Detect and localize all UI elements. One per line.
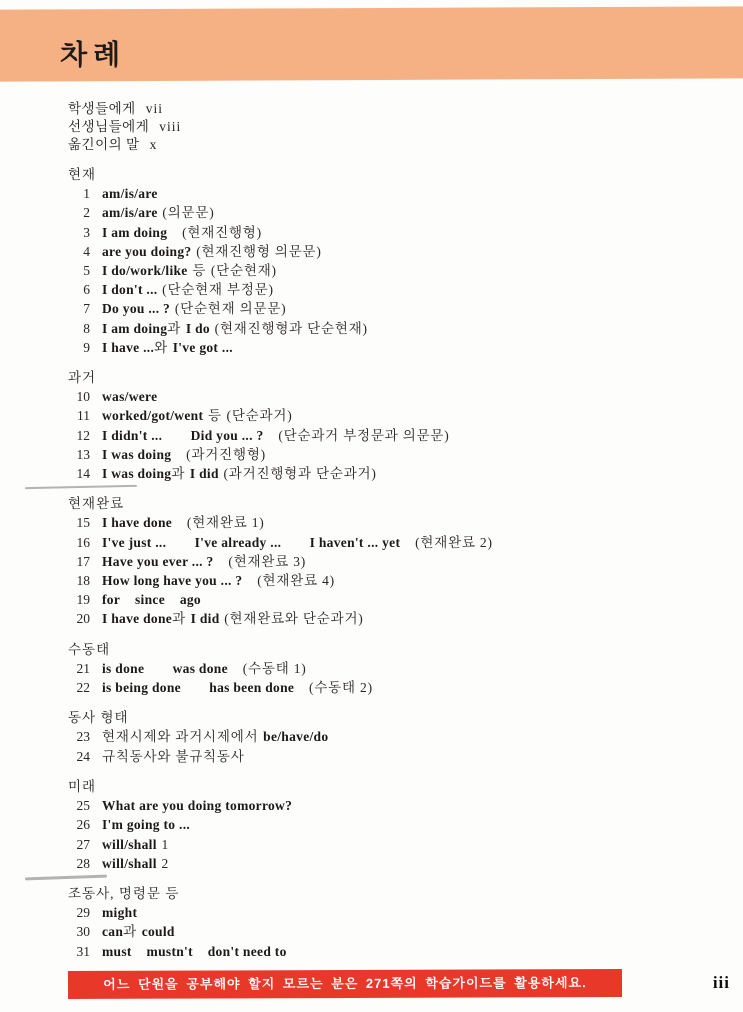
unit-title-english: I was doing	[102, 466, 171, 481]
toc-item: 19 forsinceago	[68, 590, 703, 609]
unit-title-english: can	[102, 924, 123, 939]
unit-title: I don't ...(단순현재 부정문)	[102, 280, 274, 299]
unit-title: Do you ... ?(단순현재 의문문)	[102, 299, 286, 318]
toc-item: 27 will/shall1	[68, 835, 703, 854]
toc-item: 11 worked/got/went등(단순과거)	[68, 406, 703, 425]
toc-section: 조동사, 명령문 등 29 might 30 can과could 31 must…	[68, 884, 703, 961]
unit-title: I was doing(과거진행형)	[102, 445, 266, 464]
unit-title-english: don't need to	[208, 944, 287, 959]
unit-title-english: I was doing	[102, 447, 171, 462]
section-item-list: 23 현재시제와 과거시제에서be/have/do 24 규칙동사와 불규칙동사	[68, 727, 703, 765]
unit-number: 22	[68, 678, 90, 697]
unit-title-korean: 과	[172, 611, 186, 626]
unit-title: I didn't ...Did you ... ?(단순과거 부정문과 의문문)	[102, 426, 450, 445]
unit-title-english: I am doing	[102, 321, 167, 336]
front-matter-page-ref: x	[150, 137, 158, 152]
unit-title: Have you ever ... ?(현재완료 3)	[102, 552, 306, 571]
unit-number: 14	[68, 464, 90, 483]
toc-item: 13 I was doing(과거진행형)	[68, 445, 703, 464]
unit-title-english: I don't ...	[102, 282, 157, 297]
toc-item: 6 I don't ...(단순현재 부정문)	[68, 280, 703, 299]
section-item-list: 1 am/is/are 2 am/is/are(의문문) 3 I am doin…	[68, 184, 703, 357]
toc-section: 과거 10 was/were 11 worked/got/went등(단순과거)…	[68, 368, 703, 483]
toc-item: 24 규칙동사와 불규칙동사	[68, 747, 703, 766]
unit-title-english: Have you ever ... ?	[102, 554, 214, 569]
toc-item: 12 I didn't ...Did you ... ?(단순과거 부정문과 의…	[68, 426, 703, 445]
unit-number: 29	[68, 903, 90, 922]
front-matter-label: 선생님들에게	[68, 119, 149, 134]
unit-number: 3	[68, 223, 90, 242]
unit-title: How long have you ... ?(현재완료 4)	[102, 571, 335, 590]
section-item-list: 25 What are you doing tomorrow? 26 I'm g…	[68, 796, 703, 873]
unit-title: I am doing(현재진행형)	[102, 223, 262, 242]
unit-title-english: could	[142, 924, 175, 939]
unit-title: might	[102, 903, 137, 922]
unit-number: 23	[68, 727, 90, 746]
section-heading: 현재완료	[68, 494, 703, 513]
unit-title-english: I have done	[102, 611, 172, 626]
front-matter-item: 선생님들에게viii	[68, 118, 703, 136]
unit-title-english: must	[102, 944, 132, 959]
unit-number: 28	[68, 854, 90, 873]
section-item-list: 21 is donewas done(수동태 1) 22 is being do…	[68, 659, 703, 697]
unit-title-korean: (과거진행형)	[186, 447, 266, 462]
unit-title-korean: (단순과거)	[227, 408, 293, 423]
unit-title: mustmustn'tdon't need to	[102, 942, 287, 961]
page-title: 차례	[60, 33, 126, 73]
unit-title-korean: (현재완료 2)	[415, 535, 493, 550]
unit-title-english: How long have you ... ?	[102, 573, 242, 588]
unit-number: 4	[68, 242, 90, 261]
section-heading: 동사 형태	[68, 708, 703, 727]
unit-title-english: worked/got/went	[102, 408, 203, 423]
section-item-list: 10 was/were 11 worked/got/went등(단순과거) 12…	[68, 387, 703, 483]
toc-item: 17 Have you ever ... ?(현재완료 3)	[68, 552, 703, 571]
unit-title-korean: (현재진행형)	[182, 225, 262, 240]
unit-title-korean: 등	[192, 263, 206, 278]
unit-number: 24	[68, 747, 90, 766]
toc-item: 23 현재시제와 과거시제에서be/have/do	[68, 727, 703, 746]
unit-title-korean: (현재진행형과 단순현재)	[215, 321, 368, 336]
unit-title-korean: 2	[161, 856, 169, 871]
section-heading: 수동태	[68, 640, 703, 659]
unit-title: I have done(현재완료 1)	[102, 513, 265, 532]
unit-title-english: was done	[173, 661, 228, 676]
unit-title-korean: (현재완료와 단순과거)	[224, 611, 363, 626]
unit-title-english: are you doing?	[102, 244, 191, 259]
unit-number: 1	[68, 184, 90, 203]
unit-number: 12	[68, 426, 90, 445]
toc-item: 7 Do you ... ?(단순현재 의문문)	[68, 299, 703, 318]
unit-title-english: be/have/do	[263, 729, 328, 744]
toc-section: 현재 1 am/is/are 2 am/is/are(의문문) 3 I am d…	[68, 165, 703, 357]
header-band: 차례	[0, 6, 743, 81]
toc-section: 수동태 21 is donewas done(수동태 1) 22 is bein…	[68, 640, 703, 698]
unit-title: I do/work/like등(단순현재)	[102, 261, 277, 280]
toc-item: 16 I've just ...I've already ...I haven'…	[68, 533, 703, 552]
unit-title-korean: 현재시제와 과거시제에서	[102, 729, 258, 744]
unit-title-korean: (단순현재 부정문)	[162, 282, 274, 297]
section-heading: 조동사, 명령문 등	[68, 884, 703, 903]
unit-title-english: I've already ...	[195, 535, 282, 550]
unit-title-english: will/shall	[102, 837, 157, 852]
unit-title: I am doing과I do(현재진행형과 단순현재)	[102, 319, 368, 338]
unit-title-korean: (수동태 2)	[309, 680, 373, 695]
unit-title-korean: (단순과거 부정문과 의문문)	[278, 428, 449, 443]
front-matter-item: 학생들에게vii	[68, 100, 703, 118]
unit-number: 10	[68, 387, 90, 406]
page-number: iii	[713, 973, 730, 993]
unit-title-english: am/is/are	[102, 205, 158, 220]
unit-title-english: I do	[186, 321, 210, 336]
unit-title-english: Do you ... ?	[102, 301, 170, 316]
unit-title-korean: (단순현재)	[211, 263, 277, 278]
unit-title: are you doing?(현재진행형 의문문)	[102, 242, 322, 261]
unit-title: am/is/are	[102, 184, 158, 203]
unit-title-korean: (현재진행형 의문문)	[196, 244, 322, 259]
section-heading: 과거	[68, 368, 703, 387]
unit-number: 9	[68, 338, 90, 357]
toc-item: 21 is donewas done(수동태 1)	[68, 659, 703, 678]
toc-item: 3 I am doing(현재진행형)	[68, 223, 703, 242]
study-guide-notice: 어느 단원을 공부해야 할지 모르는 분은 271쪽의 학습가이드를 활용하세요…	[68, 969, 622, 999]
unit-number: 7	[68, 299, 90, 318]
unit-title-english: was/were	[102, 389, 157, 404]
unit-title: was/were	[102, 387, 157, 406]
unit-title: is donewas done(수동태 1)	[102, 659, 307, 678]
toc-item: 31 mustmustn'tdon't need to	[68, 942, 703, 961]
unit-title-english: I haven't ... yet	[310, 535, 401, 550]
unit-title-english: Did you ... ?	[191, 428, 264, 443]
unit-title: forsinceago	[102, 590, 201, 609]
toc-item: 28 will/shall2	[68, 854, 703, 873]
unit-title-english: What are you doing tomorrow?	[102, 798, 292, 813]
toc-section: 미래 25 What are you doing tomorrow? 26 I'…	[68, 777, 703, 873]
toc-item: 18 How long have you ... ?(현재완료 4)	[68, 571, 703, 590]
unit-title-english: am/is/are	[102, 186, 158, 201]
toc-item: 9 I have ...와I've got ...	[68, 338, 703, 357]
toc-item: 30 can과could	[68, 922, 703, 941]
toc-section: 동사 형태 23 현재시제와 과거시제에서be/have/do 24 규칙동사와…	[68, 708, 703, 766]
unit-title-english: mustn't	[147, 944, 193, 959]
unit-title-english: I didn't ...	[102, 428, 162, 443]
unit-title: What are you doing tomorrow?	[102, 796, 292, 815]
unit-number: 6	[68, 280, 90, 299]
unit-number: 20	[68, 609, 90, 628]
unit-title-english: for	[102, 592, 120, 607]
unit-title-english: I did	[191, 611, 220, 626]
unit-title: 현재시제와 과거시제에서be/have/do	[102, 727, 328, 746]
unit-number: 17	[68, 552, 90, 571]
unit-title: I have done과I did(현재완료와 단순과거)	[102, 609, 364, 628]
toc-sections: 현재 1 am/is/are 2 am/is/are(의문문) 3 I am d…	[68, 165, 703, 961]
unit-title: I have ...와I've got ...	[102, 338, 233, 357]
unit-title: 규칙동사와 불규칙동사	[102, 747, 245, 766]
unit-number: 25	[68, 796, 90, 815]
unit-title-english: I do/work/like	[102, 263, 188, 278]
toc-item: 10 was/were	[68, 387, 703, 406]
unit-title-english: since	[135, 592, 165, 607]
unit-number: 2	[68, 203, 90, 222]
unit-title: worked/got/went등(단순과거)	[102, 406, 293, 425]
unit-title-korean: (과거진행형과 단순과거)	[224, 466, 377, 481]
toc-item: 29 might	[68, 903, 703, 922]
unit-title-korean: 와	[154, 340, 168, 355]
unit-title: will/shall1	[102, 835, 169, 854]
section-heading: 현재	[68, 165, 703, 184]
unit-title-korean: 규칙동사와 불규칙동사	[102, 749, 245, 764]
front-matter-label: 옮긴이의 말	[68, 137, 140, 152]
toc-item: 25 What are you doing tomorrow?	[68, 796, 703, 815]
unit-title-korean: (수동태 1)	[243, 661, 307, 676]
unit-title-english: is being done	[102, 680, 181, 695]
toc-item: 22 is being donehas been done(수동태 2)	[68, 678, 703, 697]
front-matter-label: 학생들에게	[68, 101, 136, 116]
unit-title-english: is done	[102, 661, 144, 676]
section-item-list: 29 might 30 can과could 31 mustmustn'tdon'…	[68, 903, 703, 961]
unit-title-korean: 1	[161, 837, 169, 852]
unit-number: 8	[68, 319, 90, 338]
unit-title-english: might	[102, 905, 137, 920]
unit-title-korean: (현재완료 4)	[257, 573, 335, 588]
section-item-list: 15 I have done(현재완료 1) 16 I've just ...I…	[68, 513, 703, 628]
unit-title-korean: 등	[208, 408, 222, 423]
unit-title: is being donehas been done(수동태 2)	[102, 678, 373, 697]
unit-title: I'm going to ...	[102, 815, 190, 834]
unit-title-english: I have done	[102, 515, 172, 530]
unit-title-english: I have ...	[102, 340, 154, 355]
unit-title-korean: (현재완료 3)	[228, 554, 306, 569]
unit-title-english: I've got ...	[173, 340, 233, 355]
toc-content: 학생들에게vii 선생님들에게viii 옮긴이의 말x 현재 1 am/is/a…	[0, 80, 743, 961]
unit-number: 26	[68, 815, 90, 834]
unit-title-korean: (단순현재 의문문)	[175, 301, 287, 316]
unit-number: 21	[68, 659, 90, 678]
front-matter-page-ref: viii	[159, 119, 181, 134]
section-heading: 미래	[68, 777, 703, 796]
unit-number: 5	[68, 261, 90, 280]
unit-number: 11	[68, 406, 90, 425]
unit-title-korean: 과	[167, 321, 181, 336]
toc-item: 1 am/is/are	[68, 184, 703, 203]
unit-title-english: ago	[180, 592, 201, 607]
unit-title-korean: 과	[123, 924, 137, 939]
toc-item: 8 I am doing과I do(현재진행형과 단순현재)	[68, 319, 703, 338]
unit-number: 18	[68, 571, 90, 590]
toc-item: 4 are you doing?(현재진행형 의문문)	[68, 242, 703, 261]
unit-title-english: I'm going to ...	[102, 817, 190, 832]
unit-title-english: I did	[190, 466, 219, 481]
unit-title-english: I've just ...	[102, 535, 166, 550]
toc-section: 현재완료 15 I have done(현재완료 1) 16 I've just…	[68, 494, 703, 628]
toc-item: 2 am/is/are(의문문)	[68, 203, 703, 222]
front-matter-item: 옮긴이의 말x	[68, 136, 703, 154]
toc-item: 14 I was doing과I did(과거진행형과 단순과거)	[68, 464, 703, 483]
unit-title-english: I am doing	[102, 225, 167, 240]
toc-item: 26 I'm going to ...	[68, 815, 703, 834]
scanned-toc-page: { "header": { "title": "차례", "band_color…	[0, 0, 743, 1012]
unit-title: am/is/are(의문문)	[102, 203, 215, 222]
unit-number: 19	[68, 590, 90, 609]
toc-item: 20 I have done과I did(현재완료와 단순과거)	[68, 609, 703, 628]
unit-title-korean: (의문문)	[162, 205, 214, 220]
unit-number: 16	[68, 533, 90, 552]
unit-number: 27	[68, 835, 90, 854]
unit-title: I've just ...I've already ...I haven't .…	[102, 533, 493, 552]
unit-number: 30	[68, 922, 90, 941]
unit-title: I was doing과I did(과거진행형과 단순과거)	[102, 464, 377, 483]
unit-number: 31	[68, 942, 90, 961]
unit-number: 15	[68, 513, 90, 532]
unit-title-korean: 과	[171, 466, 185, 481]
unit-title-english: has been done	[209, 680, 294, 695]
unit-title-korean: (현재완료 1)	[187, 515, 265, 530]
unit-number: 13	[68, 445, 90, 464]
toc-item: 15 I have done(현재완료 1)	[68, 513, 703, 532]
front-matter-list: 학생들에게vii 선생님들에게viii 옮긴이의 말x	[68, 100, 703, 154]
unit-title-english: will/shall	[102, 856, 157, 871]
toc-item: 5 I do/work/like등(단순현재)	[68, 261, 703, 280]
front-matter-page-ref: vii	[146, 101, 163, 116]
unit-title: will/shall2	[102, 854, 169, 873]
unit-title: can과could	[102, 922, 175, 941]
